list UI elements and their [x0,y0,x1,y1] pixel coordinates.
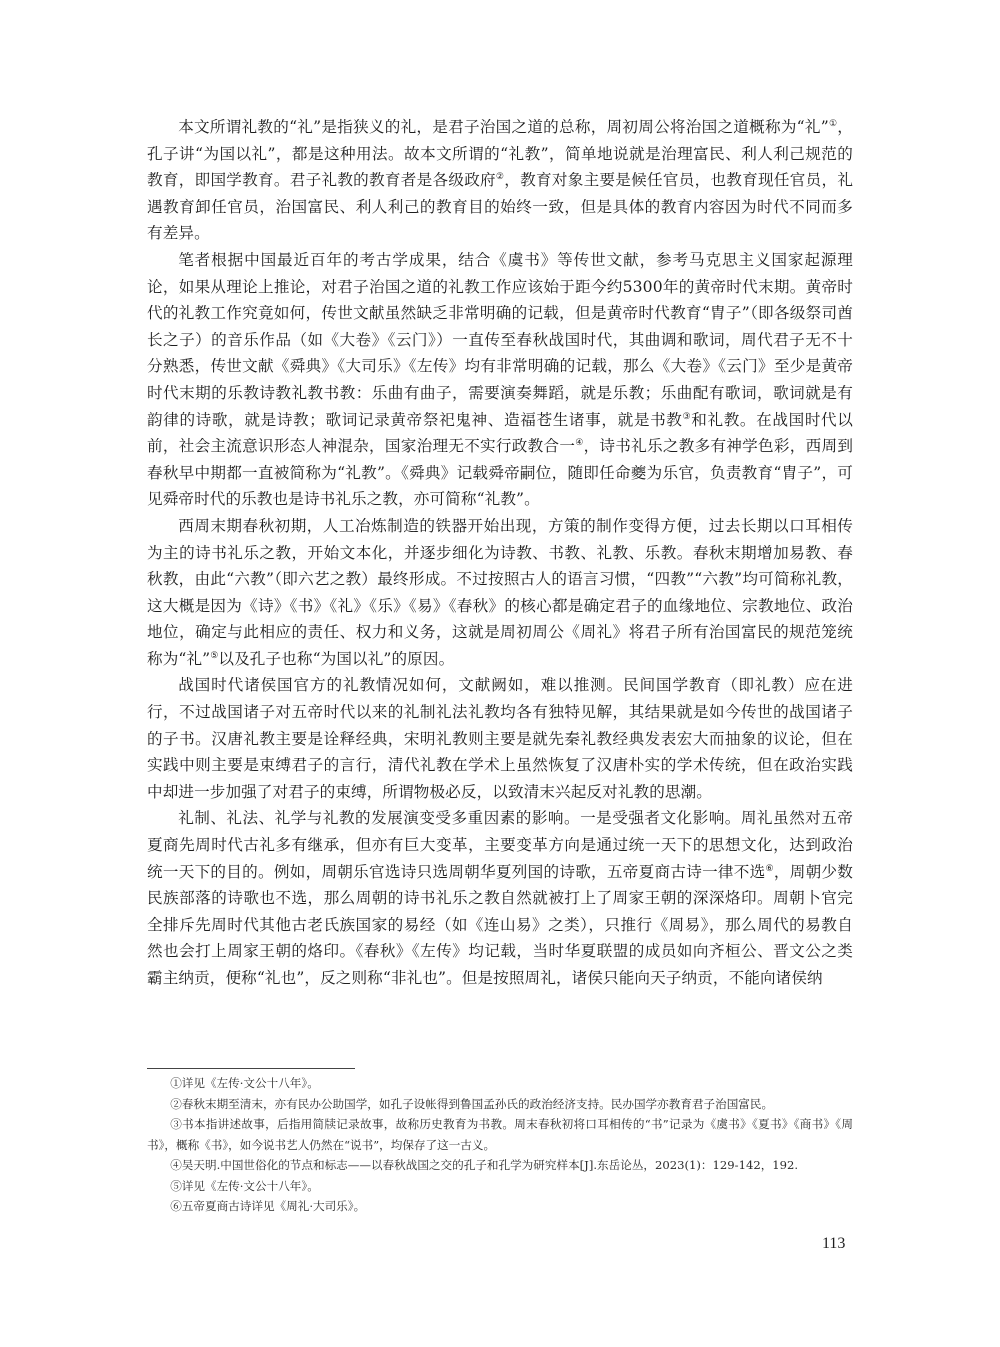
footnote-ref[interactable]: ⑥ [766,863,774,873]
paragraph-text: 礼制、礼法、礼学与礼教的发展演变受多重因素的影响。一是受强者文化影响。周礼虽然对… [147,809,853,880]
page-number: 113 [822,1235,845,1253]
paragraph-text: 笔者根据中国最近百年的考古学成果，结合《虞书》等传世文献，参考马克思主义国家起源… [147,251,853,429]
footnote-ref[interactable]: ② [496,172,504,182]
paragraph-text: 以及孔子也称“为国以礼”的原因。 [218,650,454,668]
paragraph: 笔者根据中国最近百年的考古学成果，结合《虞书》等传世文献，参考马克思主义国家起源… [147,247,853,513]
paragraph: 战国时代诸侯国官方的礼教情况如何，文献阙如，难以推测。民间国学教育（即礼教）应在… [147,672,853,805]
paragraph: 西周末期春秋初期，人工冶炼制造的铁器开始出现，方策的制作变得方便，过去长期以口耳… [147,513,853,673]
footnote-ref[interactable]: ④ [575,438,583,448]
paragraph: 本文所谓礼教的“礼”是指狭义的礼，是君子治国之道的总称，周初周公将治国之道概称为… [147,114,853,247]
footnote-3: ③书本指讲述故事，后指用简牍记录故事，故称历史教育为书教。周末春秋初将口耳相传的… [147,1114,853,1155]
body-text: 本文所谓礼教的“礼”是指狭义的礼，是君子治国之道的总称，周初周公将治国之道概称为… [147,114,853,992]
footnote-1: ①详见《左传·文公十八年》。 [147,1073,853,1094]
footnote-2: ②春秋末期至清末，亦有民办公助国学，如孔子设帐得到鲁国孟孙氏的政治经济支持。民办… [147,1094,853,1115]
footnote-4: ④吴天明.中国世俗化的节点和标志——以春秋战国之交的孔子和孔学为研究样本[J].… [147,1155,853,1176]
paragraph-text: 战国时代诸侯国官方的礼教情况如何，文献阙如，难以推测。民间国学教育（即礼教）应在… [147,676,853,800]
footnote-ref[interactable]: ③ [683,411,692,421]
footnote-5: ⑤详见《左传·文公十八年》。 [147,1176,853,1197]
footnote-6: ⑥五帝夏商古诗详见《周礼·大司乐》。 [147,1196,853,1217]
paragraph-text: 本文所谓礼教的“礼”是指狭义的礼，是君子治国之道的总称，周初周公将治国之道概称为… [178,118,829,136]
paragraph: 礼制、礼法、礼学与礼教的发展演变受多重因素的影响。一是受强者文化影响。周礼虽然对… [147,805,853,991]
paragraph-text: ，周朝少数民族部落的诗歌也不选，那么周朝的诗书礼乐之教自然就被打上了周家王朝的深… [147,863,853,987]
footnotes: ①详见《左传·文公十八年》。 ②春秋末期至清末，亦有民办公助国学，如孔子设帐得到… [147,1073,853,1217]
footnote-ref[interactable]: ① [829,119,837,129]
footnote-divider [147,1068,355,1069]
paragraph-text: 西周末期春秋初期，人工冶炼制造的铁器开始出现，方策的制作变得方便，过去长期以口耳… [147,517,853,668]
